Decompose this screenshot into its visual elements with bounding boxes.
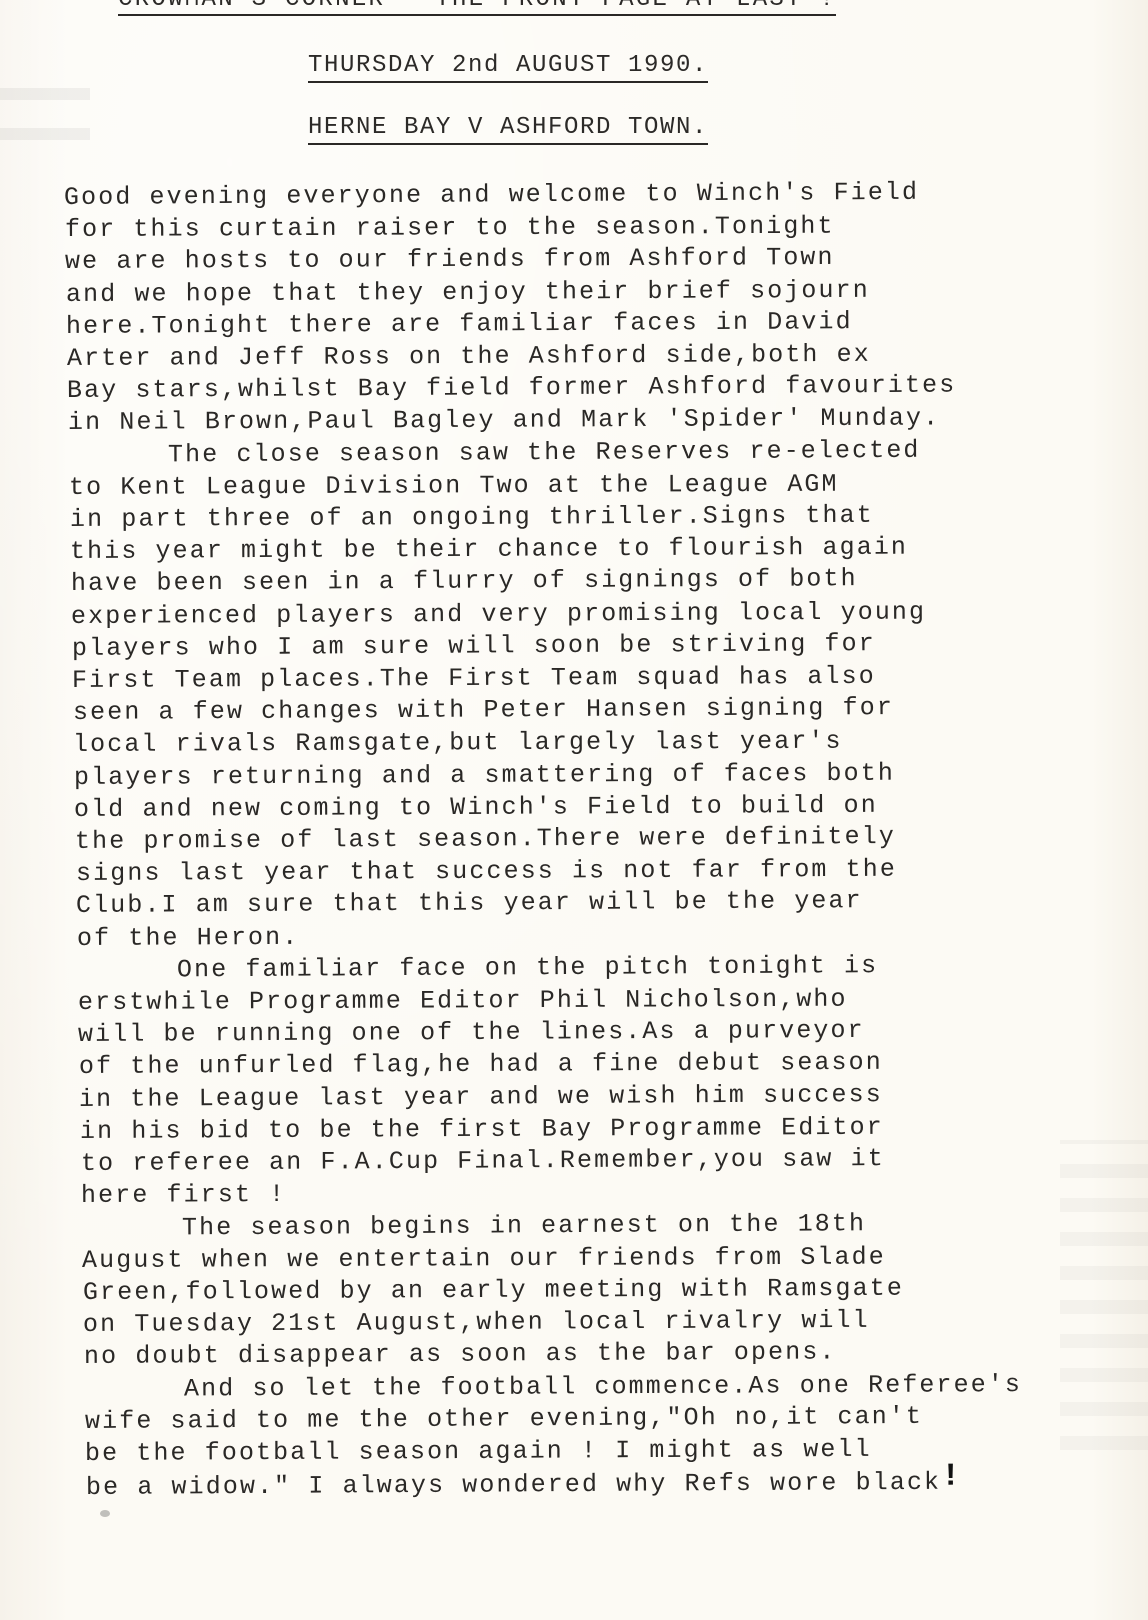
- article-line: have been seen in a flurry of signings o…: [70, 562, 1144, 601]
- bleed-through-left: [0, 60, 90, 140]
- article-line: The season begins in earnest on the 18th: [81, 1206, 1144, 1245]
- article-line: local rivals Ramsgate,but largely last y…: [73, 725, 1144, 762]
- article-line: Club.I am sure that this year will be th…: [76, 884, 1144, 923]
- article-line: seen a few changes with Peter Hansen sig…: [73, 691, 1144, 730]
- date-heading: THURSDAY 2nd AUGUST 1990.: [308, 52, 708, 83]
- article-body: Good evening everyone and welcome to Win…: [64, 182, 1144, 1504]
- article-line: in the League last year and we wish him …: [79, 1077, 1144, 1116]
- article-line: wife said to me the other evening,"Oh no…: [85, 1399, 1144, 1438]
- article-line: Good evening everyone and welcome to Win…: [64, 175, 1144, 214]
- article-line: we are hosts to our friends from Ashford…: [65, 241, 1144, 279]
- article-line: no doubt disappear as soon as the bar op…: [84, 1335, 1144, 1374]
- article-line: The close season saw the Reserves re-ele…: [68, 433, 1144, 472]
- ink-smudge: [100, 1510, 110, 1517]
- article-line: players returning and a smattering of fa…: [74, 756, 1144, 794]
- match-heading: HERNE BAY V ASHFORD TOWN.: [308, 114, 708, 145]
- column-title: CROWMAN'S CORNER - THE FRONT PAGE AT LAS…: [118, 0, 836, 16]
- article-line: here.Tonight there are familiar faces in…: [66, 304, 1144, 343]
- exclamation-mark: !: [941, 1461, 963, 1493]
- article-line: One familiar face on the pitch tonight i…: [77, 948, 1144, 987]
- article-line: players who I am sure will soon be striv…: [72, 626, 1144, 665]
- article-line: be a widow." I always wondered why Refs …: [86, 1464, 1144, 1505]
